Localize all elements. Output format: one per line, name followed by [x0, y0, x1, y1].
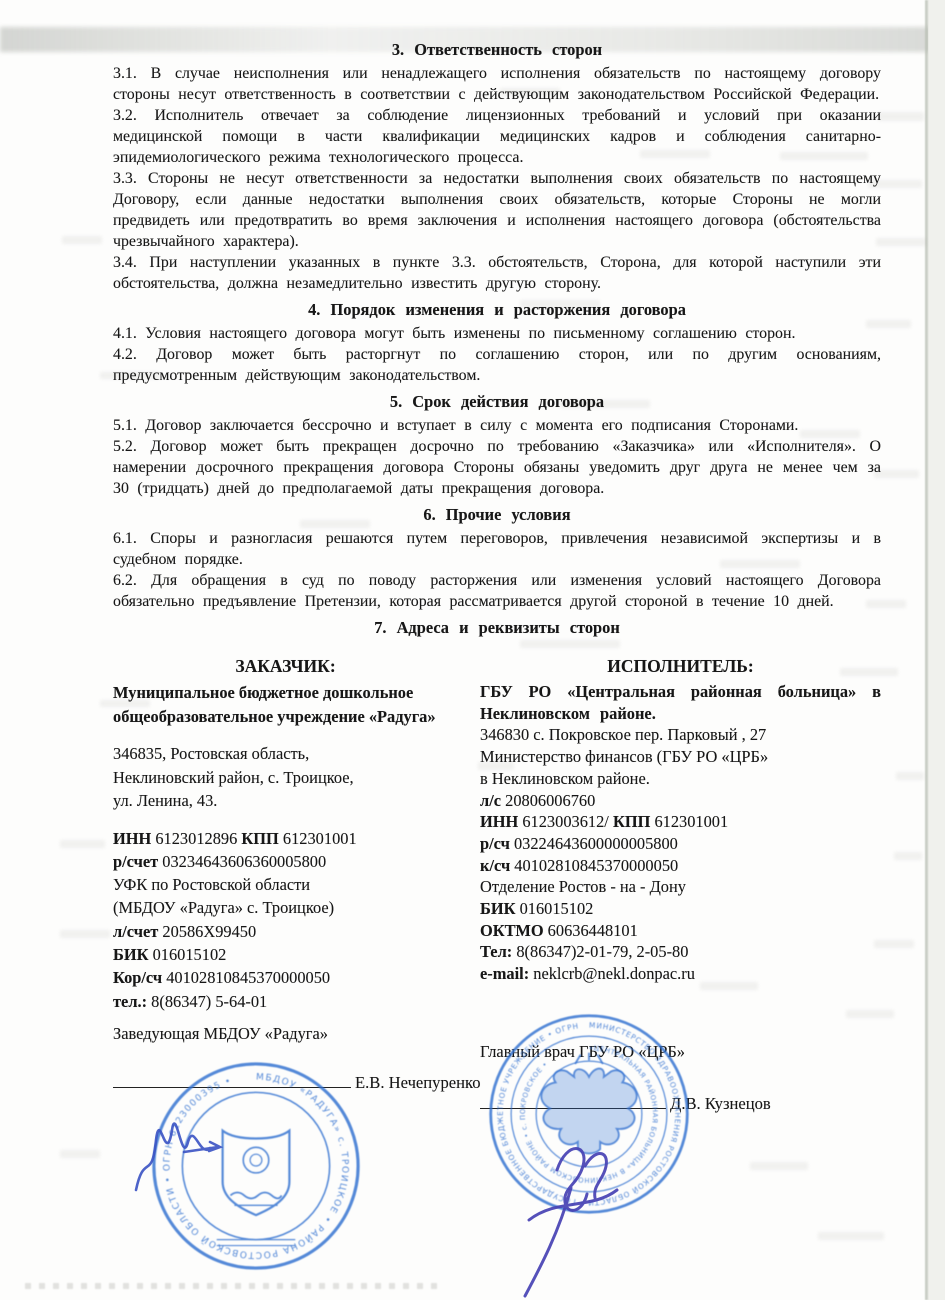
customer-heading: ЗАКАЗЧИК:	[113, 654, 458, 678]
parties-block: ЗАКАЗЧИК: Муниципальное бюджетное дошкол…	[113, 654, 881, 1115]
customer-signature-row: Е.В. Нечепуренко	[113, 1071, 458, 1094]
scan-page-edge	[928, 0, 945, 1300]
scanned-contract-page: 3. Ответственность сторон 3.1. В случае …	[0, 0, 945, 1300]
contractor-heading: ИСПОЛНИТЕЛЬ:	[480, 654, 881, 678]
customer-signer-name: Е.В. Нечепуренко	[355, 1073, 481, 1092]
requisite-line: e-mail: neklcrb@nekl.donpac.ru	[480, 963, 881, 985]
customer-address-line: Неклиновский район, с. Троицкое,	[113, 766, 458, 790]
clause-6-1: 6.1. Споры и разногласия решаются путем …	[113, 528, 881, 570]
customer-address: 346835, Ростовская область, Неклиновский…	[113, 742, 458, 813]
requisite-line: Кор/сч 40102810845370000050	[113, 966, 458, 989]
contractor-column: ИСПОЛНИТЕЛЬ: ГБУ РО «Центральная районна…	[480, 654, 881, 1115]
customer-address-line: ул. Ленина, 43.	[113, 789, 458, 813]
requisite-line: л/с 20806006760	[480, 790, 881, 812]
customer-org-name: Муниципальное бюджетное дошкольное общео…	[113, 681, 458, 728]
section-heading-6: 6. Прочие условия	[113, 504, 881, 525]
contractor-requisites: л/с 20806006760 ИНН 6123003612/ КПП 6123…	[480, 790, 881, 985]
requisite-line: БИК 016015102	[480, 898, 881, 920]
contractor-org-name: ГБУ РО «Центральная районная больница» в…	[480, 681, 881, 724]
customer-signer-title: Заведующая МБДОУ «Радуга»	[113, 1022, 458, 1045]
scan-page-edge-line	[925, 0, 928, 1300]
clause-5-1: 5.1. Договор заключается бессрочно и вст…	[113, 415, 881, 436]
clause-4-2: 4.2. Договор может быть расторгнут по со…	[113, 344, 881, 386]
contractor-signer-name: Д.В. Кузнецов	[670, 1094, 771, 1113]
section-heading-4: 4. Порядок изменения и расторжения догов…	[113, 299, 881, 320]
requisite-line: ОКТМО 60636448101	[480, 920, 881, 942]
requisite-line: ИНН 6123012896 КПП 612301001	[113, 827, 458, 850]
customer-address-line: 346835, Ростовская область,	[113, 742, 458, 766]
clause-5-2: 5.2. Договор может быть прекращен досроч…	[113, 436, 881, 499]
signature-line	[113, 1087, 351, 1088]
contractor-signature-ink	[505, 1128, 655, 1300]
section-heading-5: 5. Срок действия договора	[113, 391, 881, 412]
customer-column: ЗАКАЗЧИК: Муниципальное бюджетное дошкол…	[113, 654, 458, 1115]
contractor-signature-row: Д.В. Кузнецов	[480, 1092, 881, 1115]
requisite-line: л/счет 20586X99450	[113, 920, 458, 943]
section-heading-7: 7. Адреса и реквизиты сторон	[113, 617, 881, 638]
requisite-line: ИНН 6123003612/ КПП 612301001	[480, 811, 881, 833]
requisite-line: к/сч 40102810845370000050	[480, 855, 881, 877]
contractor-address-line: Министерство финансов (ГБУ РО «ЦРБ»	[480, 746, 881, 768]
contractor-address-line: 346830 с. Покровское пер. Парковый , 27	[480, 724, 881, 746]
section-4-clauses: 4.1. Условия настоящего договора могут б…	[113, 323, 881, 386]
requisite-line: БИК 016015102	[113, 943, 458, 966]
section-5-clauses: 5.1. Договор заключается бессрочно и вст…	[113, 415, 881, 499]
requisite-line: УФК по Ростовской области	[113, 873, 458, 896]
clause-3-3: 3.3. Стороны не несут ответственности за…	[113, 168, 881, 252]
requisite-line: р/сч 03224643600000005800	[480, 833, 881, 855]
signature-line	[480, 1108, 666, 1109]
clause-4-1: 4.1. Условия настоящего договора могут б…	[113, 323, 881, 344]
clause-3-1: 3.1. В случае неисполнения или ненадлежа…	[113, 63, 881, 105]
requisite-line: Отделение Ростов - на - Дону	[480, 876, 881, 898]
section-heading-3: 3. Ответственность сторон	[113, 39, 881, 60]
contractor-address-line: в Неклиновском районе.	[480, 768, 881, 790]
clause-3-2: 3.2. Исполнитель отвечает за соблюдение …	[113, 105, 881, 168]
contract-content: 3. Ответственность сторон 3.1. В случае …	[113, 34, 881, 1115]
clause-6-2: 6.2. Для обращения в суд по поводу расто…	[113, 570, 881, 612]
customer-requisites: ИНН 6123012896 КПП 612301001 р/счет 0323…	[113, 827, 458, 1013]
requisite-line: (МБДОУ «Радуга» с. Троицкое)	[113, 896, 458, 919]
requisite-line: тел.: 8(86347) 5-64-01	[113, 990, 458, 1013]
section-6-clauses: 6.1. Споры и разногласия решаются путем …	[113, 528, 881, 612]
section-3-clauses: 3.1. В случае неисполнения или ненадлежа…	[113, 63, 881, 294]
contractor-signer-title: Главный врач ГБУ РО «ЦРБ»	[480, 1040, 881, 1063]
requisite-line: Тел: 8(86347)2-01-79, 2-05-80	[480, 941, 881, 963]
contractor-address: 346830 с. Покровское пер. Парковый , 27 …	[480, 724, 881, 789]
clause-3-4: 3.4. При наступлении указанных в пункте …	[113, 252, 881, 294]
requisite-line: р/счет 03234643606360005800	[113, 850, 458, 873]
scan-noise	[25, 1283, 445, 1289]
